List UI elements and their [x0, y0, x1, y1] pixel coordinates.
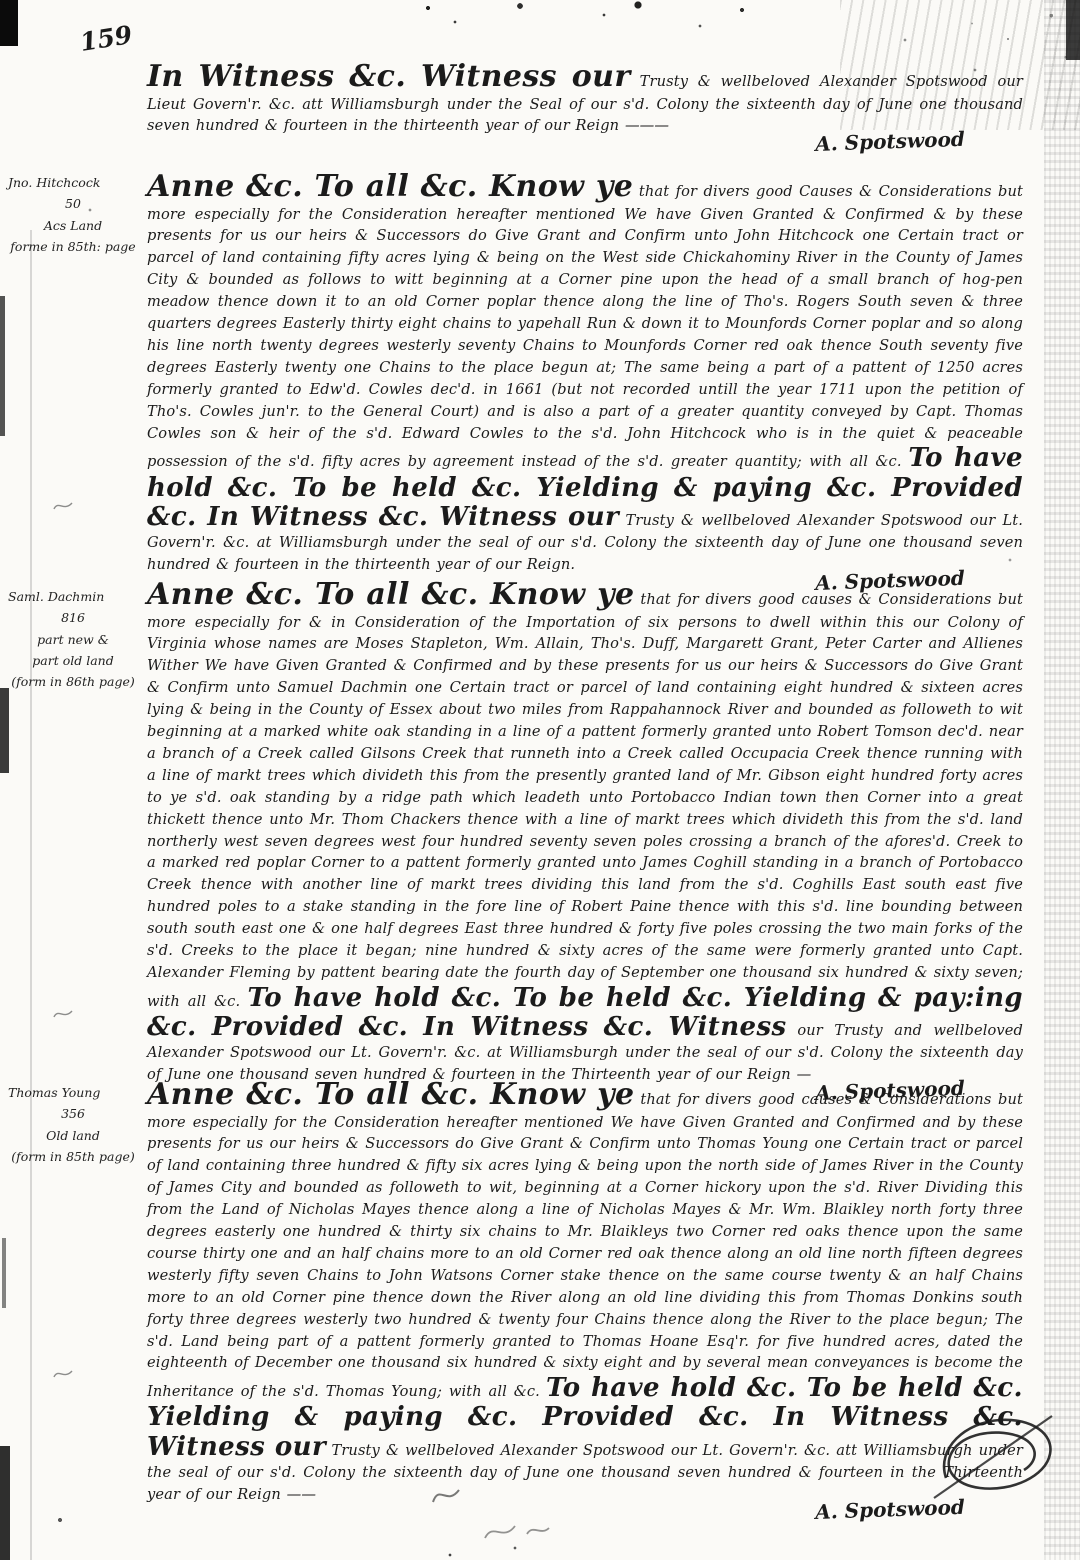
margin-land-type: Acs Land	[8, 215, 138, 236]
page-number: 159	[78, 20, 134, 57]
patent-entry-dachmin: Anne &c. To all &c. Know ye that for div…	[147, 578, 1023, 1113]
patent-body-text: that for divers good Causes & Considerat…	[147, 183, 1023, 470]
closing-formula-text: In Witness &c. Witness our	[147, 59, 631, 94]
margin-form-ref: forme in 85th: page	[8, 236, 138, 257]
flourish-scribble	[928, 1400, 1058, 1505]
edge-artifact-right	[1066, 0, 1080, 60]
margin-land-type: part old land	[8, 650, 138, 671]
patent-opening-formula: Anne &c. To all &c. Know ye	[147, 169, 633, 204]
patent-body-text: that for divers good causes & Considerat…	[147, 591, 1023, 1010]
margin-acreage: 50	[8, 193, 138, 214]
edge-artifact-left	[0, 688, 9, 773]
patent-entry-hitchcock: Anne &c. To all &c. Know ye that for div…	[147, 170, 1023, 603]
edge-artifact-left	[2, 1238, 6, 1308]
page-fold-line	[30, 230, 32, 1560]
margin-land-type: Old land	[8, 1125, 138, 1146]
edge-artifact-left	[0, 296, 5, 436]
margin-note-hitchcock: Jno. Hitchcock 50 Acs Land forme in 85th…	[8, 172, 138, 257]
margin-ink-mark	[52, 1006, 74, 1022]
margin-note-dachmin: Saml. Dachmin 816 part new & part old la…	[8, 586, 138, 692]
margin-ink-mark	[52, 1366, 74, 1382]
patent-entry-young: Anne &c. To all &c. Know ye that for div…	[147, 1078, 1023, 1532]
margin-form-ref: (form in 85th page)	[8, 1146, 138, 1167]
margin-acreage: 356	[8, 1103, 138, 1124]
previous-patent-closing: In Witness &c. Witness our Trusty & well…	[147, 60, 1023, 164]
pen-trial-marks	[415, 1472, 565, 1552]
edge-artifact-left	[0, 1446, 10, 1560]
margin-grantee: Jno. Hitchcock	[8, 172, 138, 193]
margin-acreage: 816	[8, 607, 138, 628]
patent-opening-formula: Anne &c. To all &c. Know ye	[147, 1077, 634, 1112]
right-edge-noise-band	[1044, 0, 1080, 1560]
margin-form-ref: (form in 86th page)	[8, 671, 138, 692]
margin-ink-mark	[52, 498, 74, 514]
edge-artifact-left	[0, 0, 18, 46]
patent-body-text: that for divers good causes & Considerat…	[147, 1091, 1023, 1400]
manuscript-page: 159 In Witness &c. Witness our Trusty & …	[0, 0, 1080, 1560]
margin-land-type: part new &	[8, 629, 138, 650]
margin-note-young: Thomas Young 356 Old land (form in 85th …	[8, 1082, 138, 1167]
margin-grantee: Thomas Young	[8, 1082, 138, 1103]
margin-grantee: Saml. Dachmin	[8, 586, 138, 607]
patent-opening-formula: Anne &c. To all &c. Know ye	[147, 577, 634, 612]
